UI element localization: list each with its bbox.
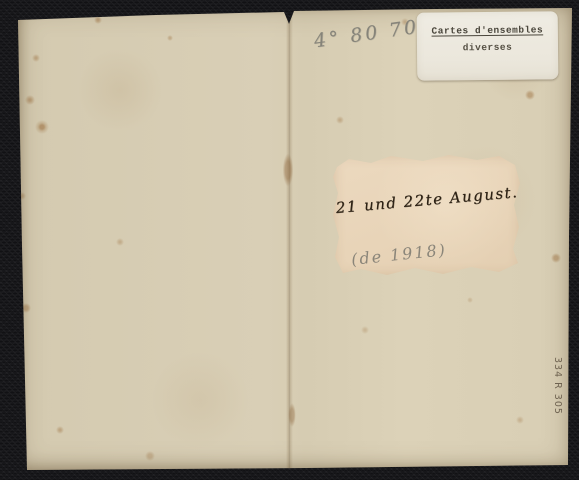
pasted-note: 21 und 22te August. (de 1918) bbox=[331, 153, 523, 278]
cover-fold-crease bbox=[286, 6, 293, 472]
scan-backdrop: 4° 80 709 Cartes d'ensembles diverses 21… bbox=[0, 0, 579, 480]
side-shelfmark: 334 R 305 bbox=[547, 352, 563, 420]
typed-label: Cartes d'ensembles diverses bbox=[417, 11, 559, 80]
typed-label-subtitle: diverses bbox=[463, 42, 513, 54]
typed-label-title: Cartes d'ensembles bbox=[431, 24, 543, 36]
document-cover: 4° 80 709 Cartes d'ensembles diverses 21… bbox=[16, 6, 572, 472]
